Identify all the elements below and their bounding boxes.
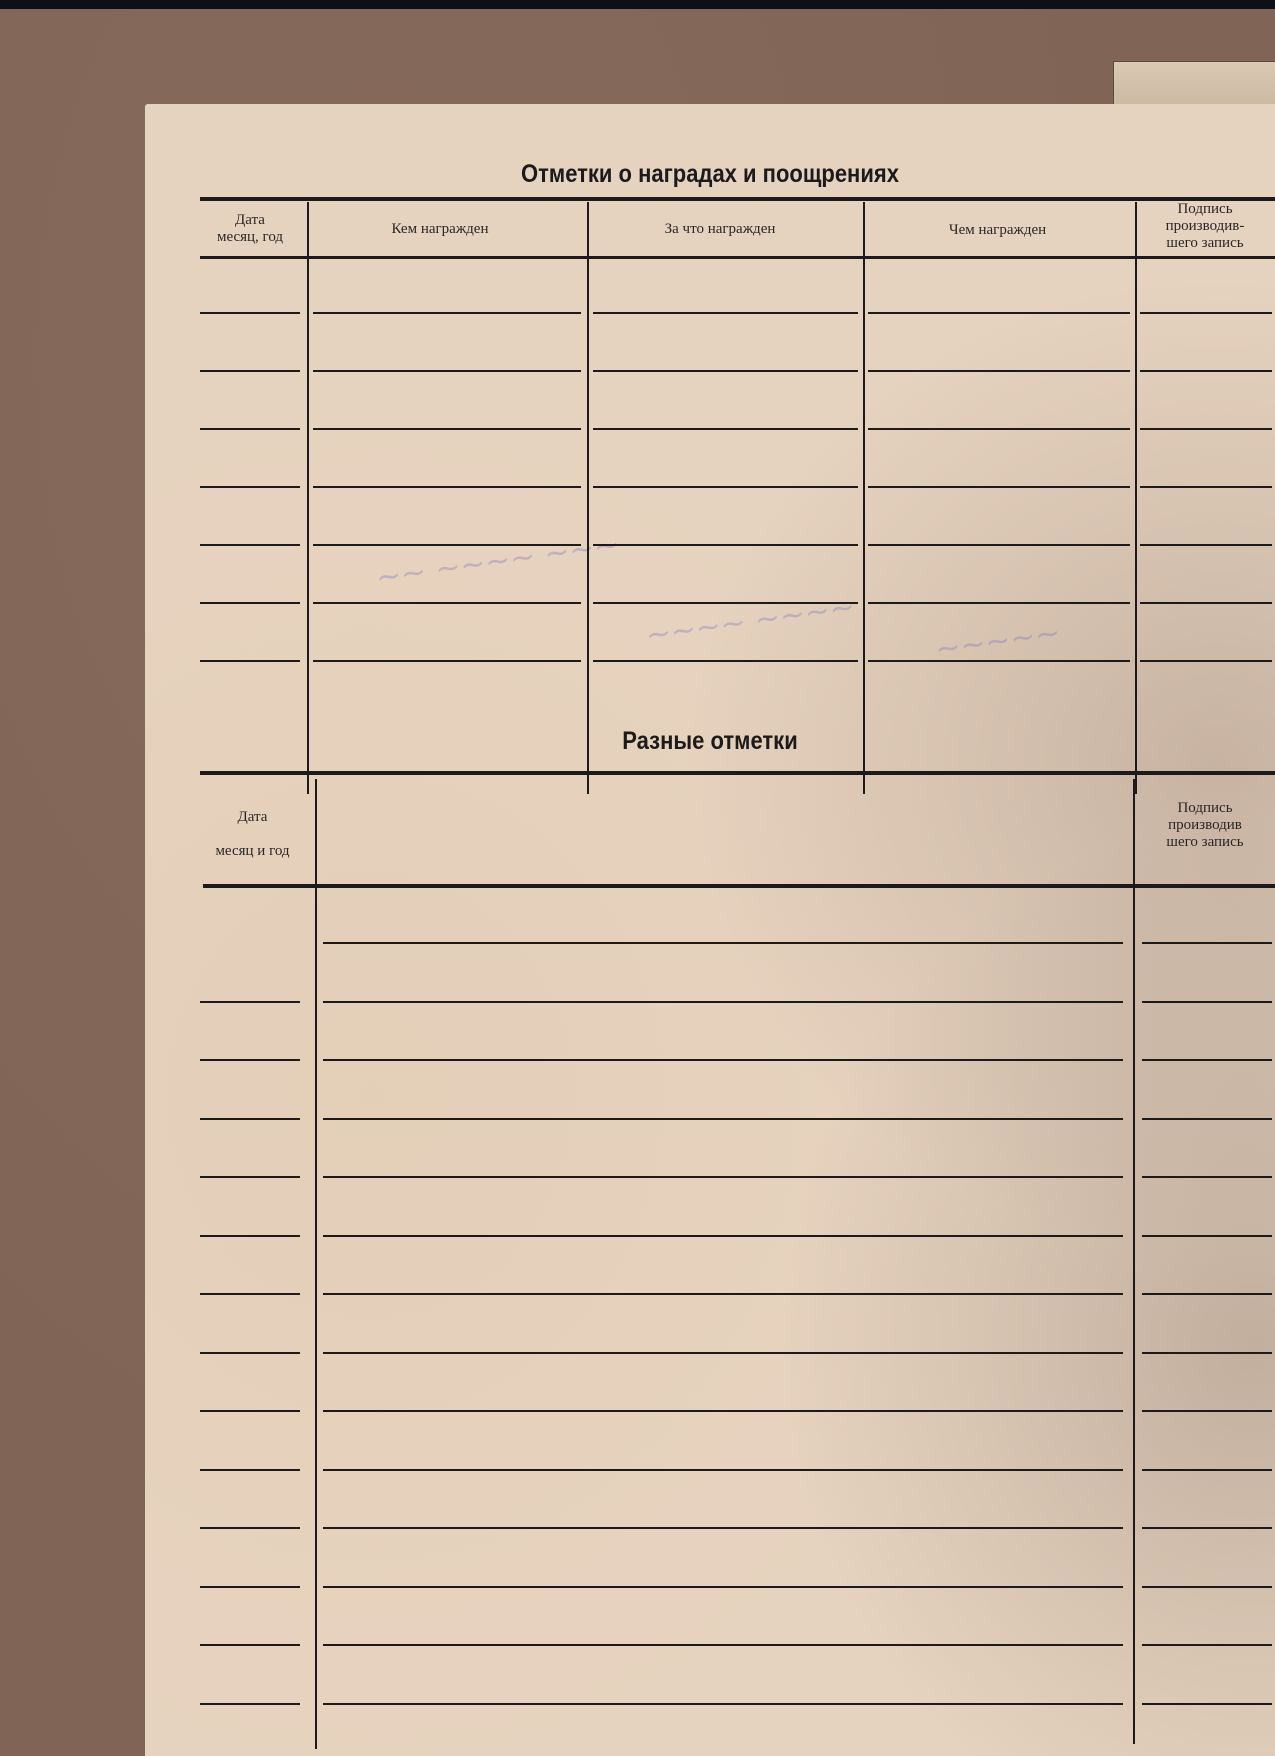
misc-row-rule — [323, 942, 1123, 944]
awards-row-rule — [313, 660, 581, 662]
awards-row-rule — [1140, 660, 1272, 662]
awards-top-rule — [200, 197, 1275, 201]
awards-section-title: Отметки о наградах и поощрениях — [213, 160, 1207, 189]
awards-row-rule — [593, 660, 858, 662]
awards-row-rule — [1140, 544, 1272, 546]
awards-row-rule — [868, 544, 1130, 546]
misc-row-rule — [323, 1644, 1123, 1646]
awards-row-rule — [868, 312, 1130, 314]
awards-header-date: Дата месяц, год — [200, 212, 300, 246]
awards-row-rule — [200, 544, 300, 546]
awards-row-rule — [1140, 428, 1272, 430]
awards-header-signature: Подпись производив- шего запись — [1135, 201, 1275, 252]
awards-row-rule — [1140, 602, 1272, 604]
misc-row-rule — [1142, 1118, 1272, 1120]
awards-row-rule — [593, 486, 858, 488]
misc-row-rule — [323, 1703, 1123, 1705]
misc-row-rule — [323, 1118, 1123, 1120]
misc-row-rule — [200, 1469, 300, 1471]
misc-row-rule — [1142, 1586, 1272, 1588]
misc-row-rule — [1142, 1352, 1272, 1354]
misc-header-rule — [203, 884, 1275, 888]
awards-row-rule — [593, 312, 858, 314]
awards-row-rule — [868, 370, 1130, 372]
bleed-through-ink: ~~~~ ~~~~ — [644, 590, 857, 654]
misc-header-date: Дата месяц и год — [200, 800, 305, 868]
misc-row-rule — [200, 1586, 300, 1588]
awards-header-award: Чем награжден — [865, 222, 1130, 239]
misc-row-rule — [200, 1703, 300, 1705]
misc-row-rule — [323, 1235, 1123, 1237]
misc-row-rule — [1142, 1059, 1272, 1061]
bleed-through-ink: ~~ ~~~~ ~~~ — [374, 527, 622, 596]
awards-row-rule — [1140, 486, 1272, 488]
misc-top-rule — [200, 771, 1275, 775]
awards-row-rule — [313, 602, 581, 604]
awards-row-rule — [313, 370, 581, 372]
misc-row-rule — [200, 1527, 300, 1529]
awards-row-rule — [868, 486, 1130, 488]
misc-row-rule — [200, 1352, 300, 1354]
misc-row-rule — [1142, 1176, 1272, 1178]
misc-row-rule — [323, 1410, 1123, 1412]
awards-row-rule — [200, 312, 300, 314]
misc-row-rule — [323, 1352, 1123, 1354]
document-page: ~~ ~~~~ ~~~ ~~~~ ~~~~ ~~~~~ Отметки о на… — [145, 104, 1275, 1756]
awards-row-rule — [200, 370, 300, 372]
misc-row-rule — [200, 1410, 300, 1412]
misc-row-rule — [323, 1001, 1123, 1003]
misc-row-rule — [200, 1001, 300, 1003]
awards-column-rule — [863, 202, 865, 794]
misc-row-rule — [1142, 1410, 1272, 1412]
misc-row-rule — [200, 1176, 300, 1178]
awards-row-rule — [593, 602, 858, 604]
misc-header-signature: Подпись производив шего запись — [1135, 800, 1275, 851]
awards-row-rule — [313, 544, 581, 546]
awards-row-rule — [593, 544, 858, 546]
awards-row-rule — [593, 428, 858, 430]
awards-row-rule — [313, 312, 581, 314]
misc-row-rule — [1142, 1703, 1272, 1705]
awards-row-rule — [868, 428, 1130, 430]
awards-row-rule — [1140, 370, 1272, 372]
awards-row-rule — [200, 486, 300, 488]
misc-row-rule — [1142, 1644, 1272, 1646]
misc-row-rule — [1142, 942, 1272, 944]
misc-row-rule — [323, 1293, 1123, 1295]
awards-column-rule — [1135, 202, 1137, 794]
misc-row-rule — [323, 1176, 1123, 1178]
scanner-top-edge — [0, 0, 1275, 9]
awards-header-reason: За что награжден — [590, 221, 850, 238]
awards-row-rule — [313, 486, 581, 488]
awards-header-awarded-by: Кем награжден — [305, 221, 575, 238]
misc-row-rule — [200, 1644, 300, 1646]
misc-row-rule — [200, 1293, 300, 1295]
awards-column-rule — [307, 202, 309, 794]
paper-tab-strip — [1113, 61, 1275, 106]
misc-row-rule — [1142, 1293, 1272, 1295]
awards-row-rule — [868, 660, 1130, 662]
misc-column-rule — [315, 779, 317, 1749]
awards-row-rule — [868, 602, 1130, 604]
misc-row-rule — [1142, 1235, 1272, 1237]
misc-row-rule — [323, 1527, 1123, 1529]
awards-row-rule — [1140, 312, 1272, 314]
awards-row-rule — [200, 428, 300, 430]
misc-row-rule — [1142, 1469, 1272, 1471]
misc-row-rule — [323, 1469, 1123, 1471]
misc-row-rule — [1142, 1527, 1272, 1529]
awards-row-rule — [313, 428, 581, 430]
misc-section-title: Разные отметки — [213, 727, 1207, 756]
awards-row-rule — [200, 660, 300, 662]
awards-row-rule — [593, 370, 858, 372]
misc-row-rule — [200, 1118, 300, 1120]
misc-row-rule — [323, 1586, 1123, 1588]
misc-row-rule — [323, 1059, 1123, 1061]
misc-row-rule — [1142, 1001, 1272, 1003]
misc-column-rule — [1133, 779, 1135, 1744]
awards-header-rule — [200, 256, 1275, 259]
misc-row-rule — [200, 1059, 300, 1061]
misc-row-rule — [200, 1235, 300, 1237]
awards-column-rule — [587, 202, 589, 794]
awards-row-rule — [200, 602, 300, 604]
